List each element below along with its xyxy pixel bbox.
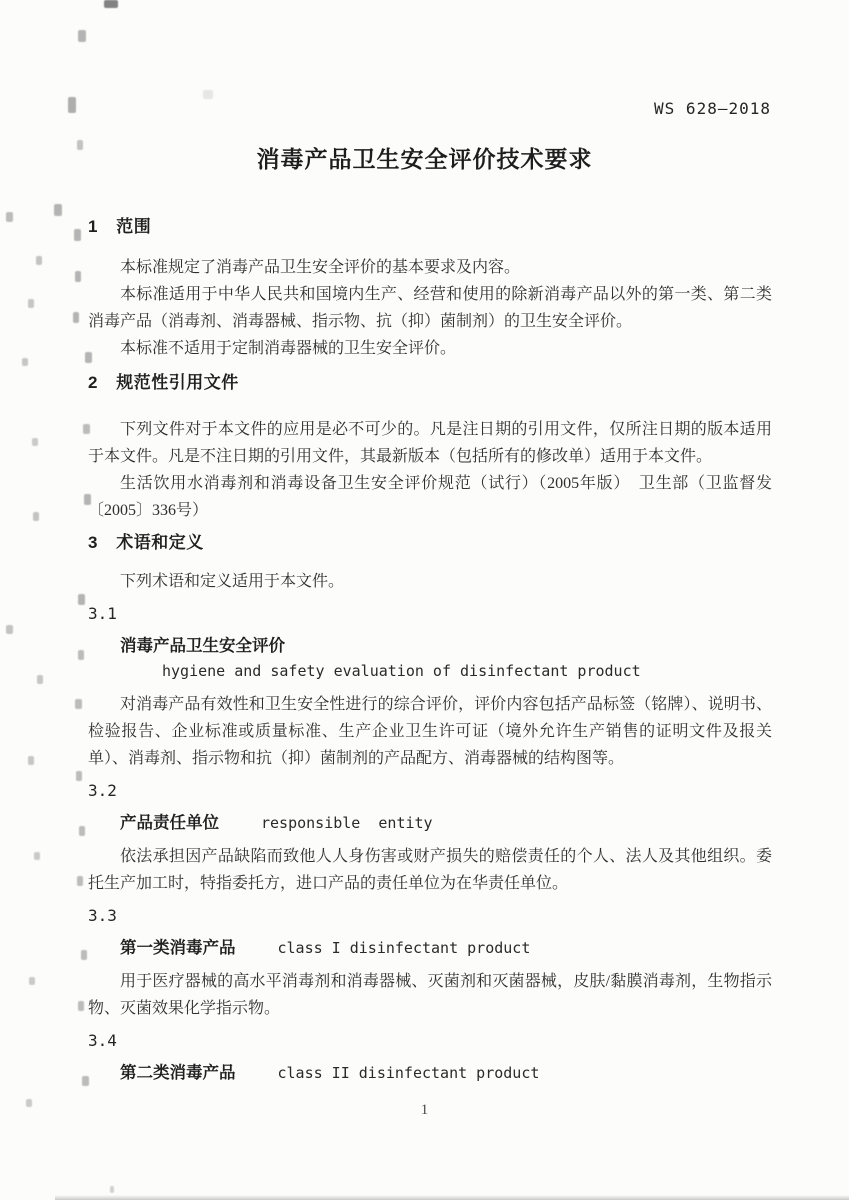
scan-artifact [54, 204, 62, 216]
document-body: 1 范围 本标准规定了消毒产品卫生安全评价的基本要求及内容。 本标准适用于中华人… [88, 216, 772, 1086]
scan-artifact [28, 756, 34, 765]
term-english: class I disinfectant product [278, 939, 531, 957]
term-chinese: 消毒产品卫生安全评价 [120, 637, 285, 655]
term-english: class II disinfectant product [278, 1064, 540, 1082]
scan-artifact [6, 212, 13, 222]
term-line: 消毒产品卫生安全评价hygiene and safety evaluation … [88, 634, 772, 684]
scan-artifact [78, 30, 86, 42]
section-title: 术语和定义 [116, 533, 204, 552]
scan-artifact [84, 494, 91, 505]
term-english: responsible entity [261, 814, 433, 832]
term-definition: 对消毒产品有效性和卫生安全性进行的综合评价，评价内容包括产品标签（铭牌）、说明书… [88, 691, 772, 772]
term-chinese: 第二类消毒产品 [120, 1064, 236, 1082]
term-chinese: 产品责任单位 [120, 814, 219, 832]
paragraph: 本标准不适用于定制消毒器械的卫生安全评价。 [88, 335, 772, 362]
section-number: 2 [88, 373, 98, 392]
page-number: 1 [0, 1101, 849, 1119]
scan-artifact [104, 0, 118, 8]
scan-artifact [28, 299, 34, 308]
section-number: 3 [88, 533, 98, 552]
scan-edge-smudge [55, 1195, 849, 1200]
scan-artifact [77, 140, 83, 150]
scan-artifact [78, 1001, 84, 1011]
section-heading-scope: 1 范围 [88, 216, 772, 238]
term-definition: 用于医疗器械的高水平消毒剂和消毒器械、灭菌剂和灭菌器械，皮肤/黏膜消毒剂，生物指… [88, 968, 772, 1022]
clause-number: 3.3 [88, 906, 772, 926]
section-title: 范围 [116, 217, 151, 236]
scan-artifact [36, 256, 42, 265]
scan-artifact [78, 594, 85, 605]
standard-code: WS 628—2018 [654, 100, 771, 118]
term-chinese: 第一类消毒产品 [120, 939, 236, 957]
scan-artifact [74, 229, 81, 241]
paragraph: 下列文件对于本文件的应用是必不可少的。凡是注日期的引用文件，仅所注日期的版本适用… [88, 416, 772, 470]
scan-artifact [73, 312, 79, 323]
term-line: 第一类消毒产品class I disinfectant product [88, 936, 772, 961]
scan-artifact [203, 90, 213, 99]
scan-artifact [82, 1076, 89, 1086]
scan-artifact [22, 358, 28, 366]
scan-artifact [78, 650, 84, 660]
terms-intro-paragraph: 下列术语和定义适用于本文件。 [88, 568, 772, 595]
scan-artifact [76, 771, 82, 781]
scan-artifact [34, 852, 40, 860]
scan-artifact [79, 826, 85, 836]
scan-artifact [83, 424, 90, 434]
scan-artifact [77, 876, 83, 886]
section-heading-normative-references: 2 规范性引用文件 [88, 372, 772, 394]
term-definition: 依法承担因产品缺陷而致他人人身伤害或财产损失的赔偿责任的个人、法人及其他组织。委… [88, 843, 772, 897]
clause-number: 3.2 [88, 781, 772, 801]
scan-artifact [26, 1099, 32, 1107]
scan-artifact [32, 438, 38, 446]
section-heading-terms-definitions: 3 术语和定义 [88, 532, 772, 554]
paragraph: 本标准规定了消毒产品卫生安全评价的基本要求及内容。 [88, 254, 772, 281]
scan-artifact [68, 97, 76, 113]
section-number: 1 [88, 217, 98, 236]
document-page: WS 628—2018 消毒产品卫生安全评价技术要求 1 范围 本标准规定了消毒… [0, 0, 849, 1200]
scan-artifact [33, 512, 39, 521]
term-line: 第二类消毒产品class II disinfectant product [88, 1061, 772, 1086]
scan-artifact [29, 977, 35, 985]
scan-artifact [37, 675, 43, 684]
scan-artifact [81, 950, 87, 960]
term-line: 产品责任单位responsible entity [88, 811, 772, 836]
scan-artifact [110, 1186, 114, 1193]
paragraph: 本标准适用于中华人民共和国境内生产、经营和使用的除新消毒产品以外的第一类、第二类… [88, 281, 772, 335]
paragraph: 生活饮用水消毒剂和消毒设备卫生安全评价规范（试行）（2005年版） 卫生部（卫监… [88, 470, 772, 524]
scan-artifact [6, 625, 13, 634]
clause-number: 3.4 [88, 1031, 772, 1051]
scan-artifact [85, 352, 92, 363]
term-english: hygiene and safety evaluation of disinfe… [162, 662, 641, 680]
clause-number: 3.1 [88, 604, 772, 624]
scan-artifact [75, 699, 82, 709]
scan-artifact [75, 271, 81, 282]
section-title: 规范性引用文件 [116, 373, 239, 392]
document-title: 消毒产品卫生安全评价技术要求 [0, 144, 849, 174]
